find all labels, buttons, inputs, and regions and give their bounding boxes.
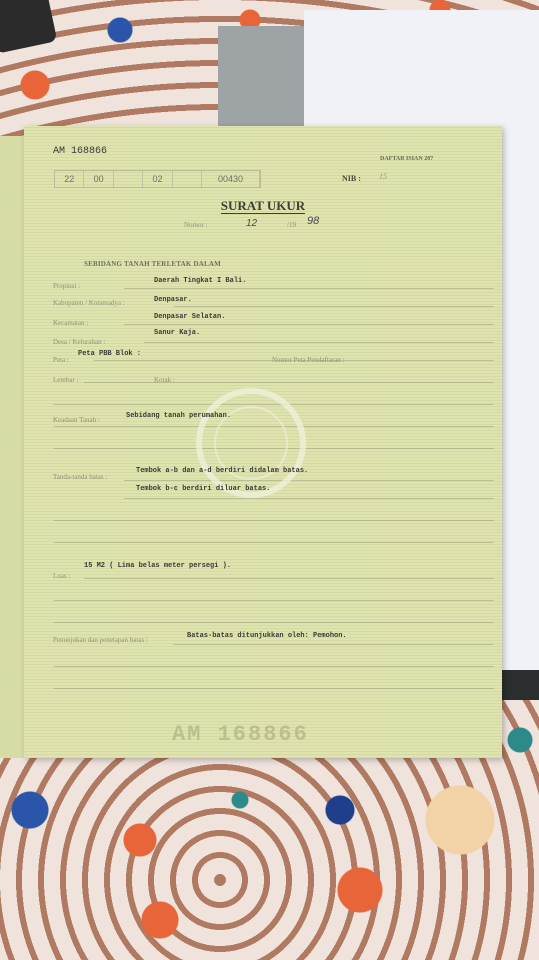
left-page-edge	[0, 136, 25, 758]
number-box	[173, 171, 202, 187]
tanda-batas-value-1: Tembok a-b dan a-d berdiri didalam batas…	[136, 467, 308, 475]
luas-label: Luas :	[53, 572, 70, 580]
number-box	[114, 171, 143, 187]
penunjukan-label: Penunjukan dan penetapan batas :	[53, 636, 148, 644]
number-box: 00	[84, 171, 113, 187]
keadaan-tanah-label: Keadaan Tanah :	[53, 416, 100, 424]
peta-value: Peta PBB Blok :	[78, 350, 141, 358]
kotak-label: Kotak :	[154, 376, 175, 384]
desa-value: Sanur Kaja.	[154, 329, 200, 337]
embossed-seal	[196, 388, 306, 498]
document-title: SURAT UKUR	[24, 198, 502, 214]
perforated-serial-watermark: AM 168866	[172, 722, 309, 747]
number-box: 02	[143, 171, 172, 187]
nib-label: NIB :	[342, 174, 361, 183]
number-box: 00430	[202, 171, 260, 187]
desa-label: Desa / Kelurahan :	[53, 338, 105, 346]
luas-value: 15 M2 ( Lima belas meter persegi ).	[84, 562, 231, 570]
penunjukan-value: Batas-batas ditunjukkan oleh: Pemohon.	[187, 632, 347, 640]
gray-folder	[218, 26, 308, 138]
propinsi-label: Propinsi :	[53, 282, 80, 290]
tanda-batas-value-2: Tembok b-c berdiri diluar batas.	[136, 485, 270, 493]
nomor-label: Nomor :	[184, 221, 208, 229]
kecamatan-label: Kecamatan :	[53, 319, 88, 327]
propinsi-value: Daerah Tingkat I Bali.	[154, 277, 246, 285]
surat-ukur-document: AM 168866 DAFTAR ISIAN 207 22 00 02 0043…	[24, 126, 502, 758]
number-boxes: 22 00 02 00430	[54, 170, 261, 188]
tanda-batas-label: Tanda-tanda batas :	[53, 473, 107, 481]
dark-object	[500, 670, 539, 700]
keadaan-tanah-value: Sebidang tanah perumahan.	[126, 412, 231, 420]
kabupaten-label: Kabupaten / Kotamadya :	[53, 299, 125, 307]
section-heading: SEBIDANG TANAH TERLETAK DALAM	[84, 260, 221, 268]
serial-number: AM 168866	[53, 146, 107, 157]
nomor-value: 12	[246, 218, 257, 229]
nomor-peta-label: Nomor Peta Pendaftaran :	[272, 356, 345, 364]
form-code: DAFTAR ISIAN 207	[380, 156, 433, 162]
kecamatan-value: Denpasar Selatan.	[154, 313, 225, 321]
peta-label: Peta :	[53, 356, 69, 364]
year-value: 98	[307, 215, 319, 227]
lembar-label: Lembar :	[53, 376, 78, 384]
number-box: 22	[55, 171, 84, 187]
kabupaten-value: Denpasar.	[154, 296, 192, 304]
year-prefix: /19	[287, 221, 296, 229]
nib-value: 15	[379, 172, 387, 181]
